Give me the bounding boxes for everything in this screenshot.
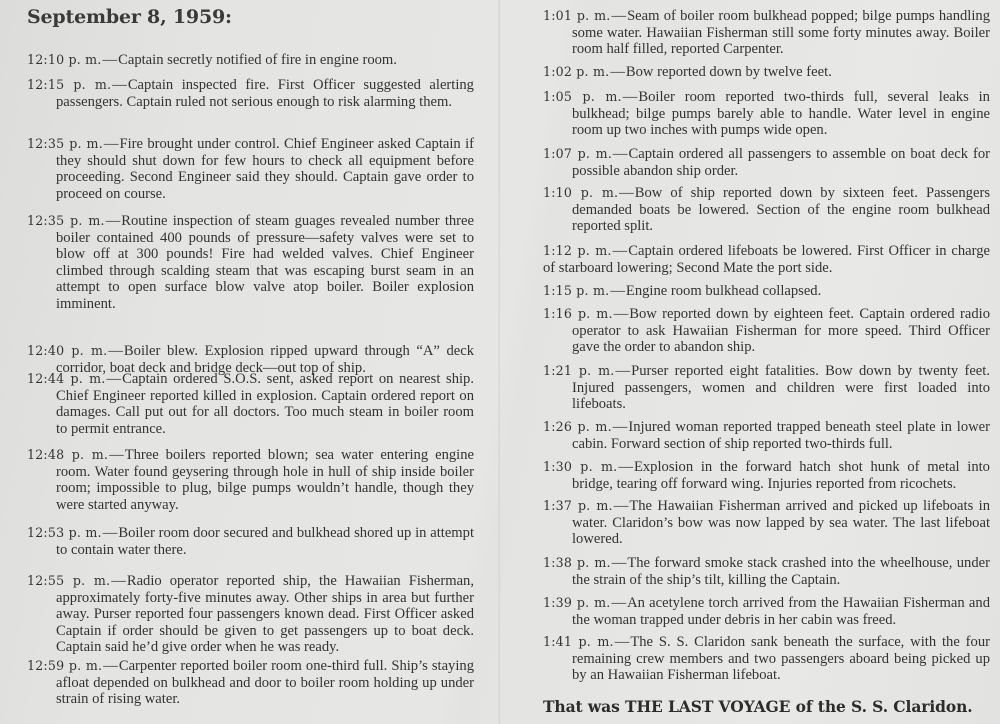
- entry-text: Bow of ship reported down by sixteen fee…: [572, 185, 990, 234]
- entry-text: Engine room bulkhead collapsed.: [626, 283, 821, 299]
- entry-time: 12:15 p. m.: [27, 77, 111, 92]
- entry-dash: —: [611, 8, 626, 24]
- entry-dash: —: [112, 77, 127, 93]
- entry-time: 1:02 p. m.: [543, 64, 609, 79]
- entry-dash: —: [613, 146, 628, 162]
- entry-time: 1:01 p. m.: [543, 8, 610, 23]
- timeline-entry: 12:55 p. m.—Radio operator reported ship…: [27, 573, 474, 656]
- entry-dash: —: [614, 498, 629, 514]
- entry-text: The Hawaiian Fisherman arrived and picke…: [572, 498, 990, 547]
- timeline-entry: 12:10 p. m.—Captain secretly notified of…: [27, 52, 474, 69]
- entry-dash: —: [619, 185, 634, 201]
- entry-dash: —: [610, 64, 625, 80]
- timeline-entry: 1:21 p. m.—Purser reported eight fatalit…: [543, 363, 990, 413]
- entry-text: Bow reported down by eighteen feet. Capt…: [572, 306, 990, 355]
- entry-time: 1:05 p. m.: [543, 89, 622, 104]
- timeline-entry: 1:38 p. m.—The forward smoke stack crash…: [543, 555, 990, 588]
- timeline-entry: 1:12 p. m.—Captain ordered lifeboats be …: [543, 243, 990, 276]
- date-heading: September 8, 1959:: [27, 6, 474, 30]
- entry-time: 1:10 p. m.: [543, 185, 618, 200]
- timeline-entry: 1:05 p. m.—Boiler room reported two-thir…: [543, 89, 990, 139]
- entry-dash: —: [107, 371, 122, 387]
- entry-dash: —: [610, 283, 625, 299]
- timeline-entry: 12:35 p. m.—Fire brought under control. …: [27, 136, 474, 202]
- entry-time: 12:44 p. m.: [27, 371, 106, 386]
- timeline-entry: 1:37 p. m.—The Hawaiian Fisherman arrive…: [543, 498, 990, 548]
- left-column: September 8, 1959: 12:10 p. m.—Captain s…: [27, 0, 474, 30]
- timeline-entry: 12:44 p. m.—Captain ordered S.O.S. sent,…: [27, 371, 474, 437]
- entry-dash: —: [108, 343, 123, 359]
- entry-time: 12:55 p. m.: [27, 573, 110, 588]
- entry-text: Purser reported eight fatalities. Bow do…: [572, 363, 990, 412]
- entry-time: 1:07 p. m.: [543, 146, 612, 161]
- document-page: September 8, 1959: 12:10 p. m.—Captain s…: [0, 0, 1000, 724]
- entry-time: 12:35 p. m.: [27, 136, 103, 151]
- timeline-entry: 1:07 p. m.—Captain ordered all passenger…: [543, 146, 990, 179]
- entry-text: Explosion in the forward hatch shot hunk…: [572, 459, 990, 492]
- entry-text: An acetylene torch arrived from the Hawa…: [572, 595, 990, 628]
- entry-time: 1:12 p. m.: [543, 243, 612, 258]
- entry-time: 1:41 p. m.: [543, 634, 614, 649]
- entry-time: 12:48 p. m.: [27, 447, 108, 462]
- entry-text: Bow reported down by twelve feet.: [626, 64, 832, 80]
- timeline-entry: 1:30 p. m.—Explosion in the forward hatc…: [543, 459, 990, 492]
- entry-time: 1:21 p. m.: [543, 363, 615, 378]
- entry-dash: —: [613, 243, 628, 259]
- entry-text: Fire brought under control. Chief Engine…: [56, 136, 474, 202]
- timeline-entry: 1:41 p. m.—The S. S. Claridon sank benea…: [543, 634, 990, 684]
- entry-text: Boiler room door secured and bulkhead sh…: [56, 525, 474, 558]
- entry-time: 1:38 p. m.: [543, 555, 611, 570]
- entry-dash: —: [618, 459, 633, 475]
- entry-time: 12:40 p. m.: [27, 343, 107, 358]
- timeline-entry: 1:01 p. m.—Seam of boiler room bulkhead …: [543, 8, 990, 58]
- entry-time: 1:39 p. m.: [543, 595, 610, 610]
- entry-text: Seam of boiler room bulkhead popped; bil…: [572, 8, 990, 57]
- entry-dash: —: [109, 447, 124, 463]
- entry-time: 12:59 p. m.: [27, 658, 102, 673]
- entry-dash: —: [104, 136, 119, 152]
- entry-dash: —: [616, 363, 631, 379]
- entry-dash: —: [613, 419, 628, 435]
- entry-time: 1:15 p. m.: [543, 283, 609, 298]
- timeline-entry: 1:10 p. m.—Bow of ship reported down by …: [543, 185, 990, 235]
- entry-time: 1:16 p. m.: [543, 306, 613, 321]
- timeline-entry: 12:59 p. m.—Carpenter reported boiler ro…: [27, 658, 474, 708]
- entry-dash: —: [103, 52, 118, 68]
- entry-text: Carpenter reported boiler room one-third…: [56, 658, 474, 707]
- entry-text: The forward smoke stack crashed into the…: [572, 555, 990, 588]
- timeline-entry: 12:35 p. m.—Routine inspection of steam …: [27, 213, 474, 312]
- entry-dash: —: [615, 634, 630, 650]
- entry-dash: —: [614, 306, 629, 322]
- entry-dash: —: [611, 595, 626, 611]
- entry-dash: —: [623, 89, 638, 105]
- timeline-entry: 1:26 p. m.—Injured woman reported trappe…: [543, 419, 990, 452]
- entry-time: 1:30 p. m.: [543, 459, 617, 474]
- entry-text: Injured woman reported trapped beneath s…: [572, 419, 990, 452]
- timeline-entry: 12:48 p. m.—Three boilers reported blown…: [27, 447, 474, 513]
- entry-time: 12:10 p. m.: [27, 52, 102, 67]
- timeline-entry: 12:15 p. m.—Captain inspected fire. Firs…: [27, 77, 474, 110]
- timeline-entry: 1:39 p. m.—An acetylene torch arrived fr…: [543, 595, 990, 628]
- entry-dash: —: [103, 658, 118, 674]
- entry-text: The S. S. Claridon sank beneath the surf…: [572, 634, 990, 683]
- entry-dash: —: [111, 573, 126, 589]
- entry-dash: —: [612, 555, 627, 571]
- entry-dash: —: [106, 213, 121, 229]
- entry-time: 12:53 p. m.: [27, 525, 102, 540]
- entry-text: Captain ordered all passengers to assemb…: [572, 146, 990, 179]
- entry-dash: —: [103, 525, 118, 541]
- entry-time: 1:37 p. m.: [543, 498, 613, 513]
- timeline-entry: 1:02 p. m.—Bow reported down by twelve f…: [543, 64, 990, 81]
- timeline-entry: 1:15 p. m.—Engine room bulkhead collapse…: [543, 283, 990, 300]
- page-fold: [498, 0, 501, 724]
- timeline-entry: 1:16 p. m.—Bow reported down by eighteen…: [543, 306, 990, 356]
- entry-time: 12:35 p. m.: [27, 213, 105, 228]
- closing-statement: That was THE LAST VOYAGE of the S. S. Cl…: [543, 697, 973, 716]
- entry-time: 1:26 p. m.: [543, 419, 612, 434]
- entry-text: Captain secretly notified of fire in eng…: [118, 52, 397, 68]
- timeline-entry: 12:53 p. m.—Boiler room door secured and…: [27, 525, 474, 558]
